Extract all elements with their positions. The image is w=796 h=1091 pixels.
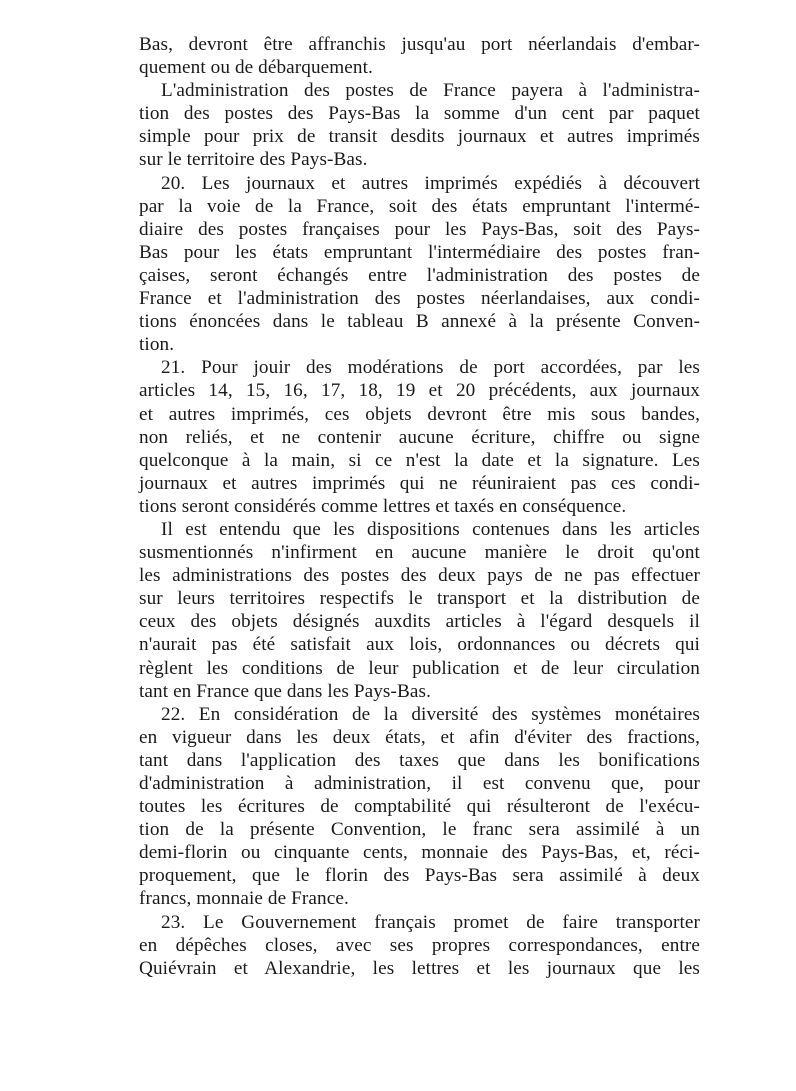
text-line: quement ou de débarquement. [139,56,700,79]
text-line: sur leurs territoires respectifs le tran… [139,587,700,610]
text-line: L'administration des postes de France pa… [139,79,700,102]
text-line: 22. En considération de la diversité des… [139,703,700,726]
text-line: tant dans l'application des taxes que da… [139,749,700,772]
text-line: 21. Pour jouir des modérations de port a… [139,356,700,379]
text-line: d'administration à administration, il es… [139,772,700,795]
text-line: France et l'administration des postes né… [139,287,700,310]
text-line: quelconque à la main, si ce n'est la dat… [139,449,700,472]
paragraph-continuation: Bas, devront être affranchis jusqu'au po… [139,33,700,79]
text-line: Il est entendu que les dispositions cont… [139,518,700,541]
text-line: Bas pour les états empruntant l'interméd… [139,241,700,264]
text-line: 23. Le Gouvernement français promet de f… [139,911,700,934]
text-line: demi-florin ou cinquante cents, monnaie … [139,841,700,864]
text-line: francs, monnaie de France. [139,887,700,910]
text-line: ceux des objets désignés auxdits article… [139,610,700,633]
text-line: par la voie de la France, soit des états… [139,195,700,218]
text-line: en vigueur dans les deux états, et afin … [139,726,700,749]
article-20: 20. Les journaux et autres imprimés expé… [139,172,700,357]
text-line: articles 14, 15, 16, 17, 18, 19 et 20 pr… [139,379,700,402]
text-line: non reliés, et ne contenir aucune écritu… [139,426,700,449]
text-line: simple pour prix de transit desdits jour… [139,125,700,148]
article-21: 21. Pour jouir des modérations de port a… [139,356,700,518]
text-line: règlent les conditions de leur publicati… [139,657,700,680]
paragraph-administration-payera: L'administration des postes de France pa… [139,79,700,171]
text-line: journaux et autres imprimés qui ne réuni… [139,472,700,495]
text-line: 20. Les journaux et autres imprimés expé… [139,172,700,195]
text-line: tion de la présente Convention, le franc… [139,818,700,841]
text-line: tions énoncées dans le tableau B annexé … [139,310,700,333]
document-page: Bas, devront être affranchis jusqu'au po… [139,33,700,980]
text-line: en dépêches closes, avec ses propres cor… [139,934,700,957]
text-line: çaises, seront échangés entre l'administ… [139,264,700,287]
text-line: Quiévrain et Alexandrie, les lettres et … [139,957,700,980]
text-line: proquement, que le florin des Pays-Bas s… [139,864,700,887]
text-line: tant en France que dans les Pays-Bas. [139,680,700,703]
text-line: tion des postes des Pays-Bas la somme d'… [139,102,700,125]
text-line: susmentionnés n'infirment en aucune mani… [139,541,700,564]
paragraph-il-est-entendu: Il est entendu que les dispositions cont… [139,518,700,703]
text-line: et autres imprimés, ces objets devront ê… [139,403,700,426]
article-22: 22. En considération de la diversité des… [139,703,700,911]
text-line: tions seront considérés comme lettres et… [139,495,700,518]
text-line: toutes les écritures de comptabilité qui… [139,795,700,818]
text-line: tion. [139,333,700,356]
text-line: n'aurait pas été satisfait aux lois, ord… [139,633,700,656]
text-line: les administrations des postes des deux … [139,564,700,587]
article-23: 23. Le Gouvernement français promet de f… [139,911,700,980]
text-line: Bas, devront être affranchis jusqu'au po… [139,33,700,56]
text-line: diaire des postes françaises pour les Pa… [139,218,700,241]
text-line: sur le territoire des Pays-Bas. [139,148,700,171]
